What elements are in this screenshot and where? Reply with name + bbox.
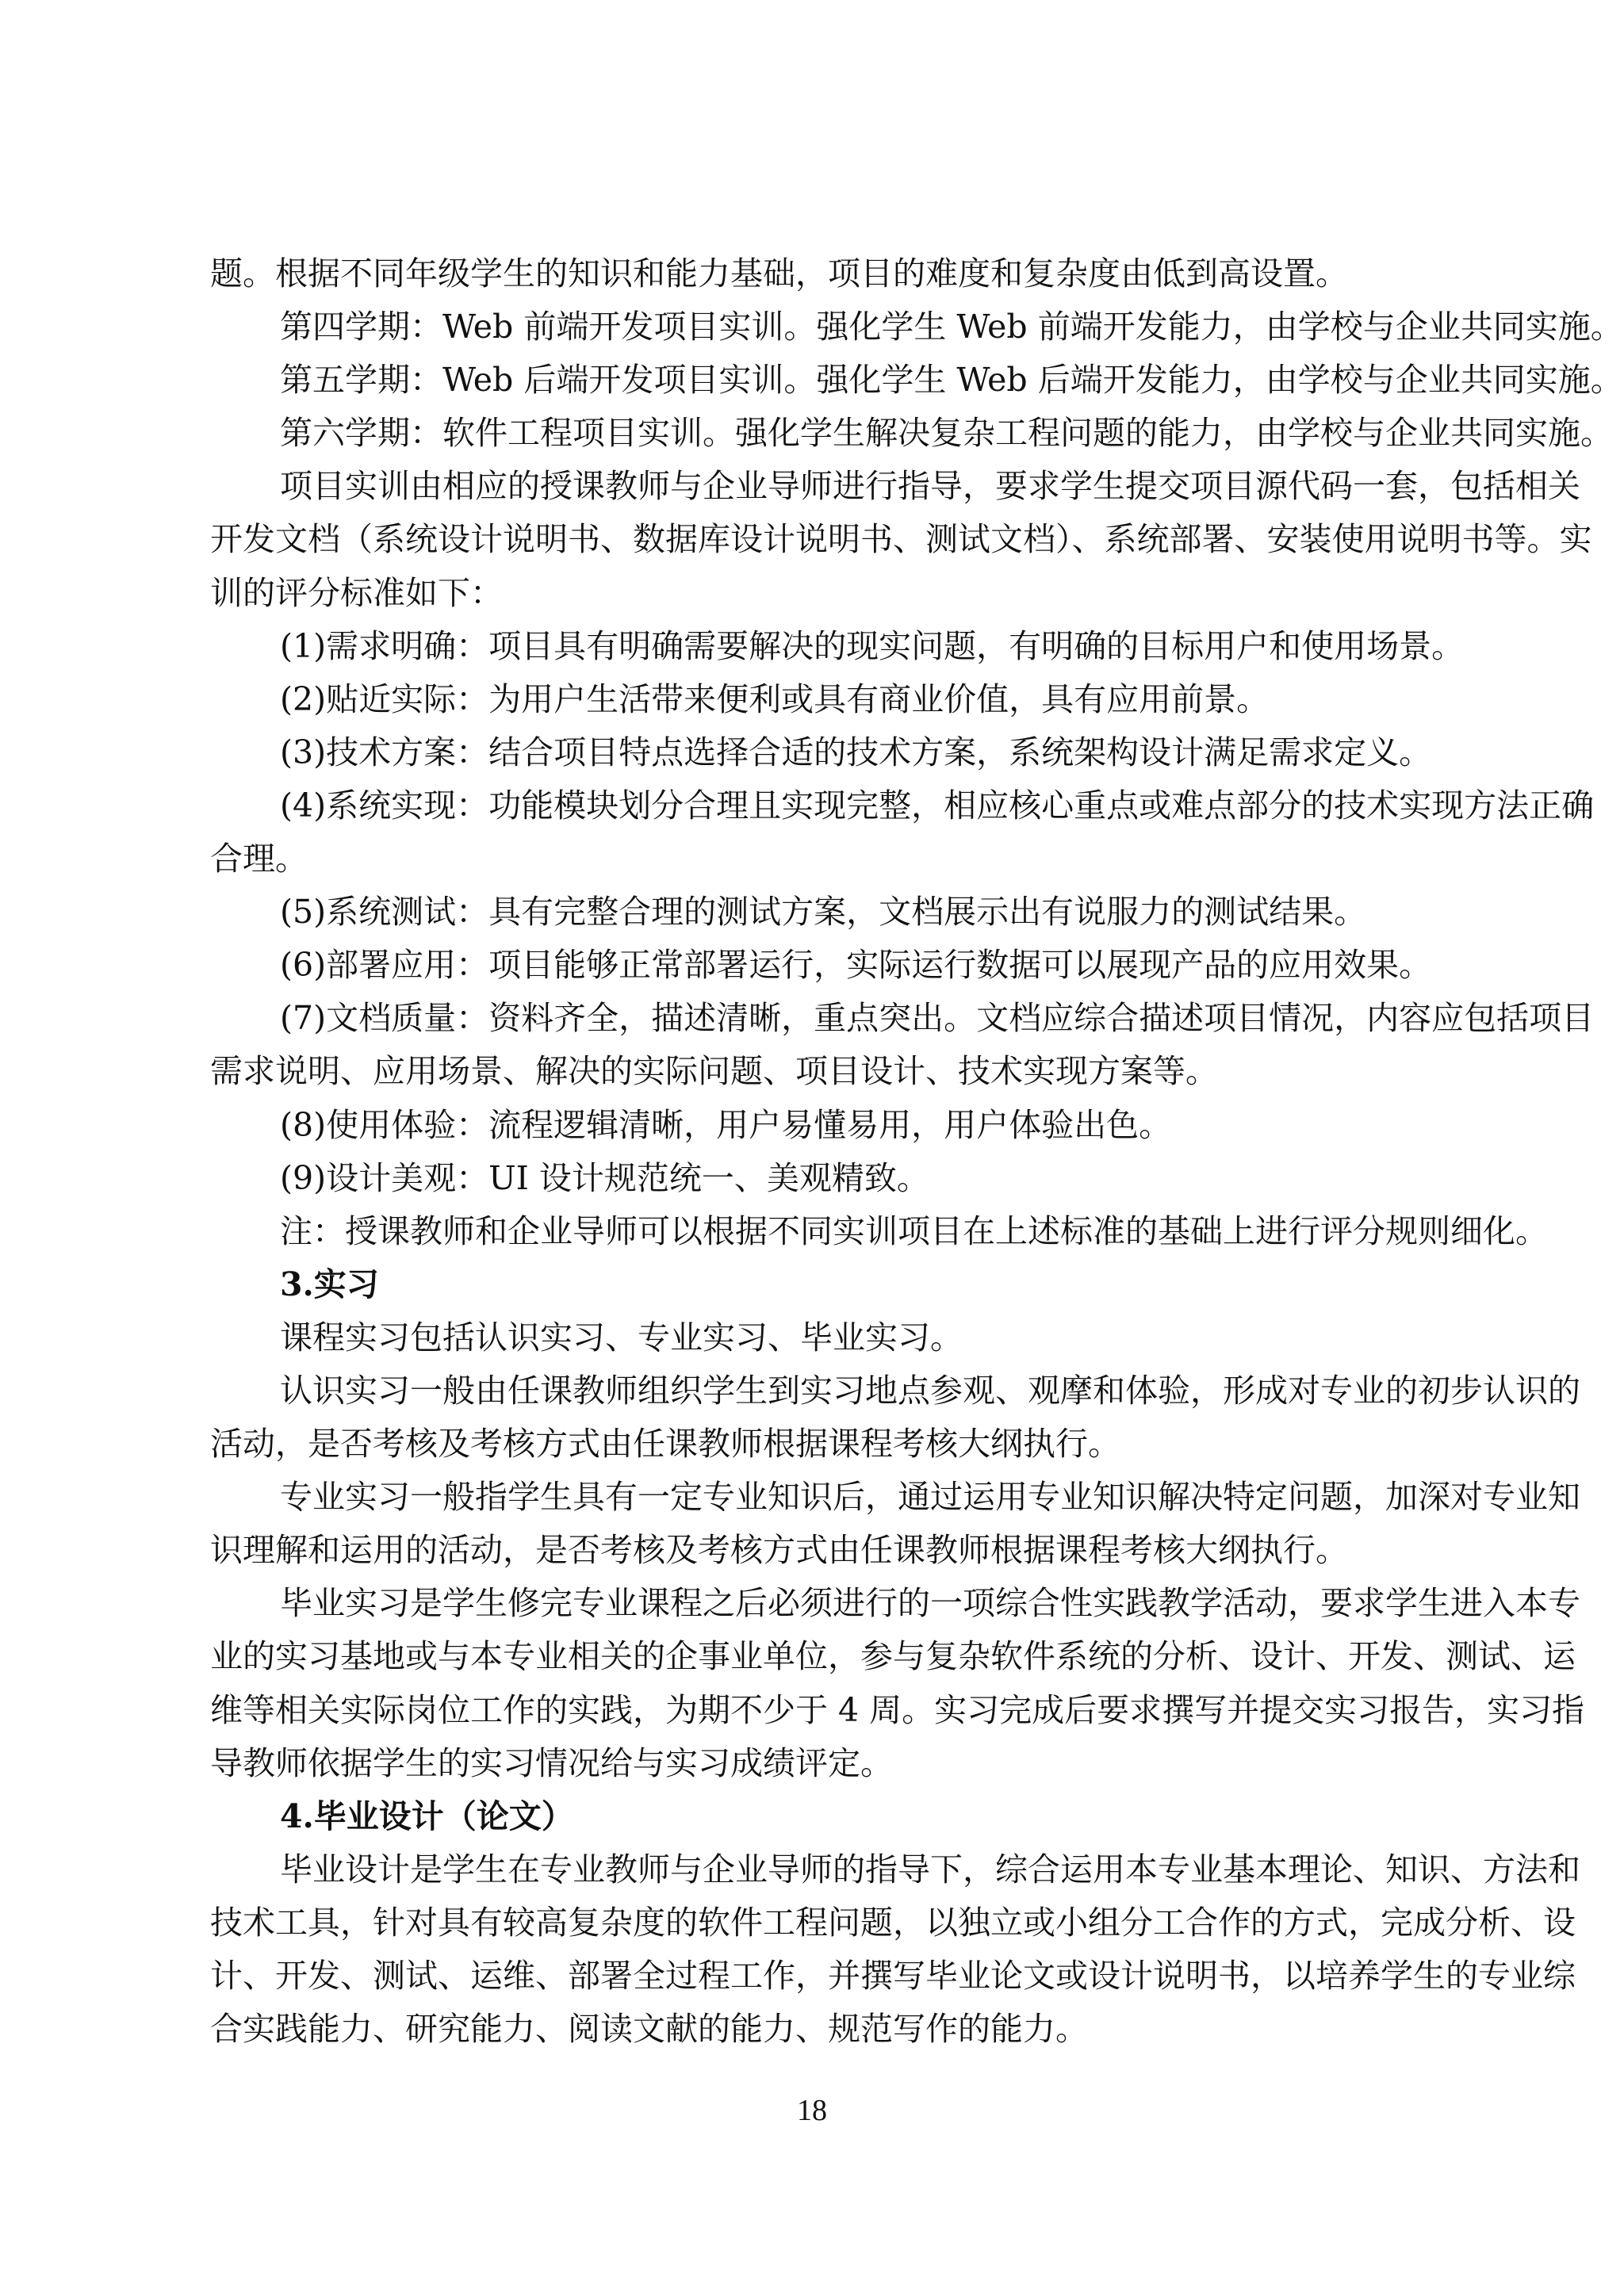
paragraph-line: 维等相关实际岗位工作的实践，为期不少于 4 周。实习完成后要求撰写并提交实习报告… xyxy=(210,1684,1433,1737)
paragraph-line: 活动，是否考核及考核方式由任课教师根据课程考核大纲执行。 xyxy=(210,1418,1433,1471)
paragraph-line: 训的评分标准如下： xyxy=(210,567,1433,620)
paragraph-line: 合实践能力、研究能力、阅读文献的能力、规范写作的能力。 xyxy=(210,2003,1433,2056)
criteria-item: (4)系统实现：功能模块划分合理且实现完整，相应核心重点或难点部分的技术实现方法… xyxy=(210,779,1433,832)
criteria-item: (6)部署应用：项目能够正常部署运行，实际运行数据可以展现产品的应用效果。 xyxy=(210,939,1433,992)
paragraph-line: 业的实习基地或与本专业相关的企事业单位，参与复杂软件系统的分析、设计、开发、测试… xyxy=(210,1630,1433,1683)
criteria-item: (3)技术方案：结合项目特点选择合适的技术方案，系统架构设计满足需求定义。 xyxy=(210,726,1433,779)
criteria-item: (7)文档质量：资料齐全，描述清晰，重点突出。文档应综合描述项目情况，内容应包括… xyxy=(210,992,1433,1045)
paragraph-line: 计、开发、测试、运维、部署全过程工作，并撰写毕业论文或设计说明书，以培养学生的专… xyxy=(210,1950,1433,2003)
paragraph-line: 项目实训由相应的授课教师与企业导师进行指导，要求学生提交项目源代码一套，包括相关 xyxy=(210,460,1433,513)
criteria-item: (5)系统测试：具有完整合理的测试方案，文档展示出有说服力的测试结果。 xyxy=(210,886,1433,939)
paragraph-line: 专业实习一般指学生具有一定专业知识后，通过运用专业知识解决特定问题，加深对专业知 xyxy=(210,1471,1433,1524)
criteria-item: (8)使用体验：流程逻辑清晰，用户易懂易用，用户体验出色。 xyxy=(210,1099,1433,1152)
paragraph-line: 合理。 xyxy=(210,832,1433,886)
criteria-item: (1)需求明确：项目具有明确需要解决的现实问题，有明确的目标用户和使用场景。 xyxy=(210,620,1433,673)
criteria-item: (9)设计美观：UI 设计规范统一、美观精致。 xyxy=(210,1152,1433,1205)
paragraph-line: 识理解和运用的活动，是否考核及考核方式由任课教师根据课程考核大纲执行。 xyxy=(210,1524,1433,1577)
paragraph-line: 题。根据不同年级学生的知识和能力基础，项目的难度和复杂度由低到高设置。 xyxy=(210,247,1433,300)
paragraph-line: 开发文档（系统设计说明书、数据库设计说明书、测试文档）、系统部署、安装使用说明书… xyxy=(210,513,1433,566)
paragraph-line: 第五学期：Web 后端开发项目实训。强化学生 Web 后端开发能力，由学校与企业… xyxy=(210,354,1433,407)
paragraph-line: 毕业设计是学生在专业教师与企业导师的指导下，综合运用本专业基本理论、知识、方法和 xyxy=(210,1843,1433,1896)
paragraph-line: 课程实习包括认识实习、专业实习、毕业实习。 xyxy=(210,1311,1433,1364)
paragraph-line: 第六学期：软件工程项目实训。强化学生解决复杂工程问题的能力，由学校与企业共同实施… xyxy=(210,407,1433,460)
paragraph-line: 需求说明、应用场景、解决的实际问题、项目设计、技术实现方案等。 xyxy=(210,1045,1433,1098)
paragraph-line: 第四学期：Web 前端开发项目实训。强化学生 Web 前端开发能力，由学校与企业… xyxy=(210,300,1433,354)
section-heading-graduation-design: 4.毕业设计（论文） xyxy=(210,1790,1433,1843)
section-heading-internship: 3.实习 xyxy=(210,1258,1433,1311)
paragraph-line: 导教师依据学生的实习情况给与实习成绩评定。 xyxy=(210,1737,1433,1790)
document-body: 题。根据不同年级学生的知识和能力基础，项目的难度和复杂度由低到高设置。 第四学期… xyxy=(210,247,1433,2056)
paragraph-line: 技术工具，针对具有较高复杂度的软件工程问题，以独立或小组分工合作的方式，完成分析… xyxy=(210,1896,1433,1950)
criteria-item: (2)贴近实际：为用户生活带来便利或具有商业价值，具有应用前景。 xyxy=(210,673,1433,726)
paragraph-line: 认识实习一般由任课教师组织学生到实习地点参观、观摩和体验，形成对专业的初步认识的 xyxy=(210,1364,1433,1418)
note-line: 注：授课教师和企业导师可以根据不同实训项目在上述标准的基础上进行评分规则细化。 xyxy=(210,1205,1433,1258)
paragraph-line: 毕业实习是学生修完专业课程之后必须进行的一项综合性实践教学活动，要求学生进入本专 xyxy=(210,1577,1433,1630)
page-number: 18 xyxy=(0,2093,1624,2128)
